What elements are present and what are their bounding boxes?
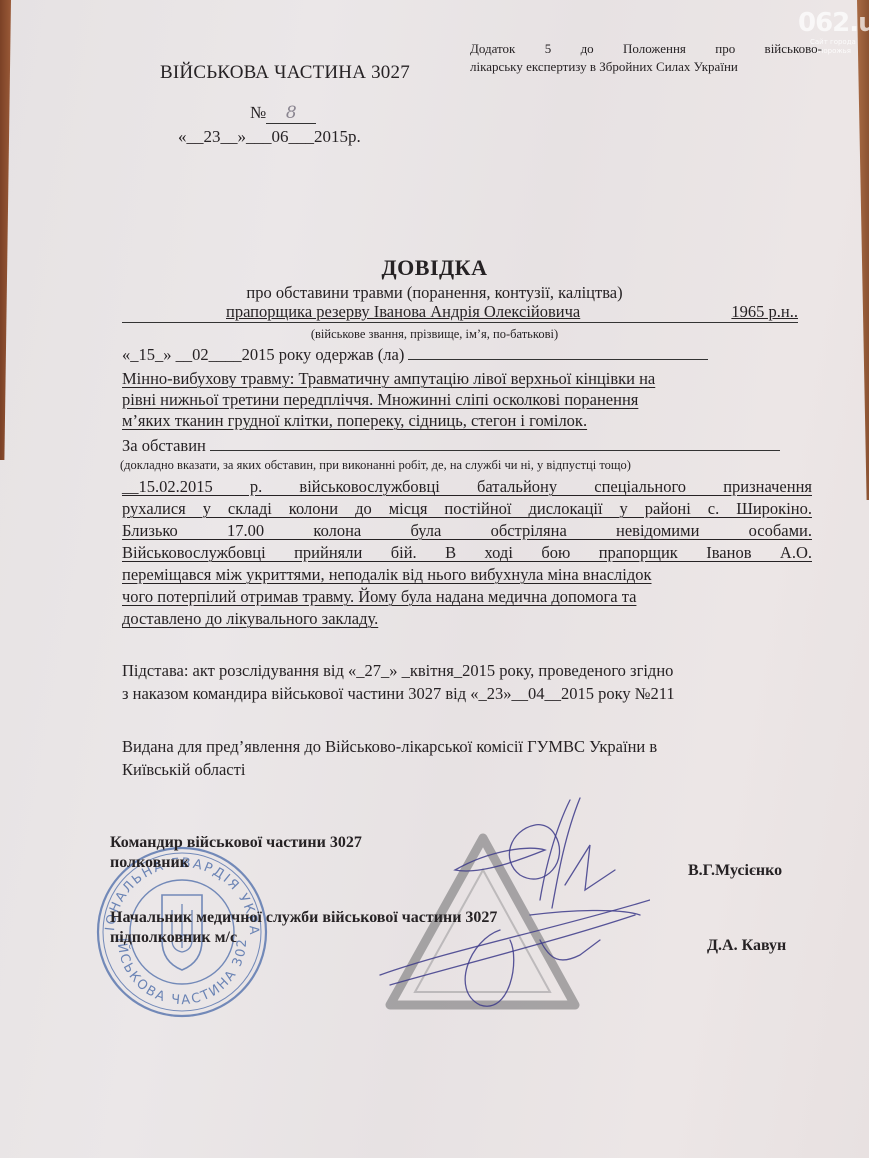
number-label: № (250, 103, 266, 122)
person-name: прапорщика резерву Іванова Андрія Олексі… (226, 302, 580, 322)
document-date: «__23__»___06___2015р. (178, 127, 361, 147)
document-number: №8 (250, 103, 316, 124)
appendix-line: Додаток 5 до Положення про військово- (470, 40, 822, 58)
signatory-1-title: Командир військової частини 3027 полковн… (110, 833, 362, 873)
injury-line: Мінно-вибухову травму: Травматичну ампут… (122, 369, 655, 388)
blank-line (210, 436, 780, 451)
unit-heading: ВІЙСЬКОВА ЧАСТИНА 3027 (160, 62, 410, 84)
circumstances-hint: (докладно вказати, за яких обставин, при… (120, 458, 631, 473)
blank-line (408, 345, 708, 360)
circumstances-label: За обставин (122, 436, 206, 455)
appendix-note: Додаток 5 до Положення про військово- лі… (470, 40, 822, 76)
number-value: 8 (266, 103, 316, 124)
signatory-rank: полковник (110, 853, 362, 873)
handwritten-signature (370, 790, 650, 1010)
issued-line: Видана для пред’явлення до Військово-лік… (122, 735, 812, 758)
issued-line: Київській області (122, 758, 812, 781)
page-title: ДОВІДКА (0, 255, 869, 281)
issued-for-paragraph: Видана для пред’явлення до Військово-лік… (122, 735, 812, 781)
circumstances-line: доставлено до лікувального закладу. (122, 609, 378, 628)
circumstances-label-line: За обставин (122, 436, 780, 456)
person-field: прапорщика резерву Іванова Андрія Олексі… (122, 302, 798, 323)
watermark-logo: 062.ua (798, 8, 869, 38)
basis-paragraph: Підстава: акт розслідування від «_27_» _… (122, 659, 812, 705)
person-birth-year: 1965 р.н.. (731, 302, 798, 322)
circumstances-line: переміщався між укриттями, неподалік від… (122, 565, 652, 584)
basis-line: Підстава: акт розслідування від «_27_» _… (122, 659, 812, 682)
circumstances-line: __15.02.2015 р. військовослужбовці батал… (122, 477, 812, 496)
injury-date: «_15_» __02____2015 року одержав (ла) (122, 345, 404, 364)
circumstances-line: рухалися у складі колони до місця постій… (122, 499, 812, 518)
basis-line: з наказом командира військової частини 3… (122, 682, 812, 705)
document-subtitle: про обставини травми (поранення, контузі… (0, 283, 869, 303)
circumstances-description: __15.02.2015 р. військовослужбовці батал… (122, 476, 812, 630)
person-field-hint: (військове звання, прізвище, ім’я, по-ба… (0, 327, 869, 342)
circumstances-line: Військовослужбовці прийняли бій. В ході … (122, 543, 812, 562)
injury-description: Мінно-вибухову травму: Травматичну ампут… (122, 368, 802, 431)
circumstances-line: чого потерпілий отримав травму. Йому бул… (122, 587, 636, 606)
injury-line: рівні нижньої третини передпліччя. Множи… (122, 390, 638, 409)
signatory-1-name: В.Г.Мусієнко (688, 862, 782, 880)
signatory-position: Командир військової частини 3027 (110, 833, 362, 853)
circumstances-line: Близько 17.00 колона була обстріляна нев… (122, 521, 812, 540)
injury-line: м’яких тканин грудної клітки, попереку, … (122, 411, 587, 430)
signatory-2-name: Д.А. Кавун (707, 937, 786, 955)
appendix-line: лікарську експертизу в Збройних Силах Ук… (470, 58, 822, 76)
injury-date-line: «_15_» __02____2015 року одержав (ла) (122, 345, 708, 365)
